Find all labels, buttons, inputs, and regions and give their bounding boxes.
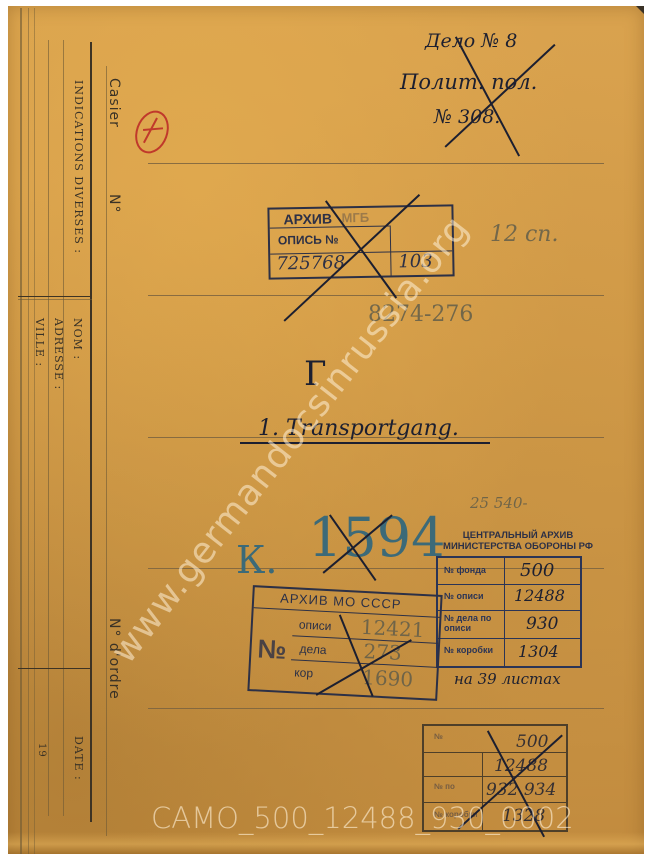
watermark-file-id: CAMO_500_12488_930_0002 bbox=[151, 801, 574, 835]
strike-line bbox=[444, 44, 555, 147]
form-rule bbox=[148, 708, 604, 709]
margin-line bbox=[106, 66, 107, 836]
margin-fold-line bbox=[20, 8, 22, 854]
pencil-note-middle: 25 540- bbox=[470, 494, 528, 512]
margin-divider bbox=[18, 668, 92, 669]
date-label: DATE : bbox=[72, 736, 85, 781]
margin-divider bbox=[18, 296, 92, 297]
numero-label: N° bbox=[106, 194, 122, 213]
paper-wear bbox=[8, 832, 644, 854]
nom-label: NOM : bbox=[71, 318, 84, 360]
margin-line bbox=[48, 40, 49, 816]
scan-corner bbox=[636, 6, 644, 14]
form-rule bbox=[148, 163, 604, 164]
strike-line bbox=[455, 36, 520, 156]
red-circled-mark bbox=[129, 106, 174, 158]
margin-fold-line bbox=[34, 8, 35, 854]
note-line-1: Дело № 8 bbox=[425, 30, 517, 52]
stamp-arkhiv-mo-sssr: АРХИВ МО СССР № описи дела кор 12421 273… bbox=[247, 585, 442, 701]
casier-label: Casier bbox=[106, 78, 122, 128]
indications-label: INDICATIONS DIVERSES : bbox=[72, 80, 85, 254]
stamp-tsamo: № фонда № описи № дела по описи № коробк… bbox=[436, 556, 582, 668]
folder-cover: INDICATIONS DIVERSES : NOM : ADRESSE : V… bbox=[8, 6, 644, 854]
note-line-2: Полит. пол. bbox=[400, 70, 537, 94]
margin-fold-line bbox=[28, 8, 29, 854]
margin-divider bbox=[18, 299, 92, 300]
ville-label: VILLE : bbox=[33, 318, 46, 367]
pencil-note-top: 12 сп. bbox=[490, 222, 558, 247]
margin-line-bold bbox=[90, 42, 92, 822]
year-prefix: 19 bbox=[36, 743, 47, 758]
sheet-count: на 39 листах bbox=[454, 670, 561, 688]
stamp-tsamo-header: ЦЕНТРАЛЬНЫЙ АРХИВ МИНИСТЕРСТВА ОБОРОНЫ Р… bbox=[438, 530, 598, 552]
margin-line bbox=[63, 40, 64, 816]
big-number-prefix: К. bbox=[236, 538, 278, 582]
adresse-label: ADRESSE : bbox=[52, 318, 65, 390]
